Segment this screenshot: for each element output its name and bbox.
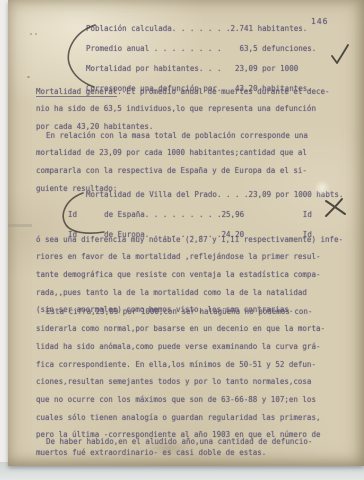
document-page: 146 Población calculada. . . . . . .2.74… (8, 0, 364, 466)
body-line: tante demográfica que resiste con ventaj… (36, 267, 343, 285)
heading-rest: .-El promedio anual de muertes durante e… (117, 87, 329, 96)
paper-speck (27, 76, 30, 78)
body-line: En relación con la masa total de poblaci… (36, 128, 308, 146)
underlined-heading: Mortalidad general (36, 87, 117, 98)
body-line: lidad ha sido anómala,como puede verse e… (36, 339, 325, 357)
scanned-document: 146 Población calculada. . . . . . .2.74… (0, 0, 364, 480)
stat-line: Promedio anual . . . . . . . . 63,5 defu… (86, 41, 316, 61)
stat-line: Mortalidad por habitantes. . . 23,09 por… (86, 61, 316, 81)
stat-line: Población calculada. . . . . . .2.741 ha… (86, 21, 316, 41)
body-line: siderarla como normal,por basarse en un … (36, 322, 325, 340)
body-line: fica correspondiente. En ella,los mínimo… (36, 357, 325, 375)
body-line: Mortalidad general.-El promedio anual de… (36, 84, 330, 102)
paper-smudge (146, 440, 190, 456)
compare-line: Id de España. . . . . . . . .25,96 Id (68, 207, 343, 227)
body-line: ciones,resultan semejantes todos y por l… (36, 375, 325, 393)
paper-speck (35, 33, 37, 35)
body-line: ó sea una diferencia muy notable (2,87 y… (36, 232, 343, 250)
handwritten-tick-icon (332, 45, 348, 63)
compare-line: Mortalidad de Villa del Prado. . . .23,0… (86, 187, 343, 207)
paper-speck (30, 33, 32, 35)
body-line: cuales sólo tienen analogía o guardan re… (36, 410, 325, 428)
body-line: Esta cifra,23,09 por 1000,con ser halagü… (36, 304, 325, 322)
paper-smudge (8, 224, 32, 227)
body-line: mortalidad de 23,09 por cada 1000 habita… (36, 146, 308, 164)
paper-light-spot (314, 180, 330, 196)
body-line: que no ocurre con los máximos que son de… (36, 392, 325, 410)
body-line: rada,,pues tanto la de la mortalidad com… (36, 285, 343, 303)
body-line: riores en favor de la mortalidad ,reflej… (36, 250, 343, 268)
body-line: compararla con la respectiva de España y… (36, 163, 308, 181)
body-line: nio ha sido de 63,5 individuos,lo que re… (36, 102, 330, 120)
